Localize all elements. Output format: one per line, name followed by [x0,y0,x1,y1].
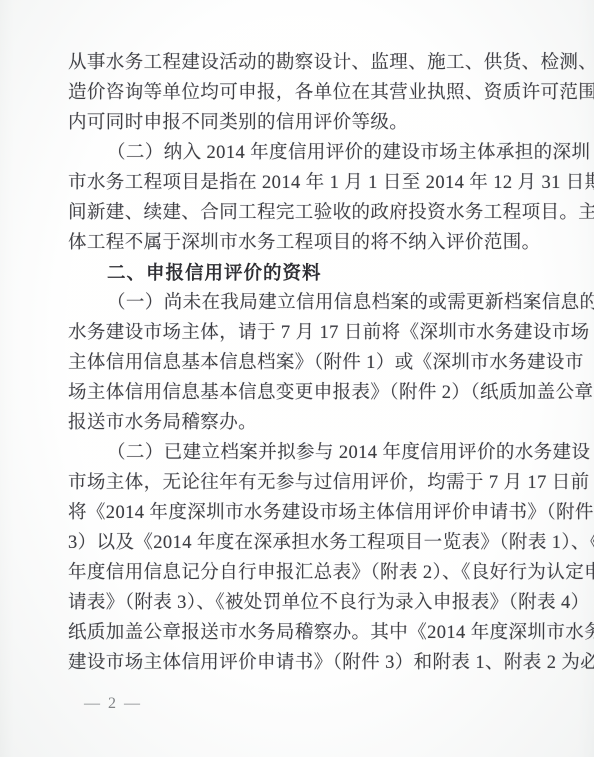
text-line: 市场主体，无论往年有无参与过信用评价，均需于 7 月 17 日前 [68,468,538,498]
text-line: 报送市水务局稽察办。 [68,408,538,438]
text-line: 场主体信用信息基本信息变更申报表》（附件 2）（纸质加盖公章） [68,378,538,408]
text-line: 体工程不属于深圳市水务工程项目的将不纳入评价范围。 [68,228,538,258]
document-body: 从事水务工程建设活动的勘察设计、监理、施工、供货、检测、 造价咨询等单位均可申报… [68,48,538,678]
text-line: 3）以及《2014 年度在深承担水务工程项目一览表》（附表 1）、《2014 [68,528,538,558]
text-line: 水务建设市场主体，请于 7 月 17 日前将《深圳市水务建设市场 [68,318,538,348]
text-line: 造价咨询等单位均可申报，各单位在其营业执照、资质许可范围 [68,78,538,108]
text-line: 主体信用信息基本信息档案》（附件 1）或《深圳市水务建设市 [68,348,538,378]
page-number: — 2 — [84,693,142,715]
text-line: 将《2014 年度深圳市水务建设市场主体信用评价申请书》（附件 [68,498,538,528]
text-line: 市水务工程项目是指在 2014 年 1 月 1 日至 2014 年 12 月 3… [68,168,538,198]
scanned-document-page: 从事水务工程建设活动的勘察设计、监理、施工、供货、检测、 造价咨询等单位均可申报… [0,0,594,757]
text-line: 内可同时申报不同类别的信用评价等级。 [68,108,538,138]
text-line: 从事水务工程建设活动的勘察设计、监理、施工、供货、检测、 [68,48,538,78]
text-line: 年度信用信息记分自行申报汇总表》（附表 2）、《良好行为认定申 [68,558,538,588]
text-line: 建设市场主体信用评价申请书》（附件 3）和附表 1、附表 2 为必 [68,648,538,678]
text-line: 纸质加盖公章报送市水务局稽察办。其中《2014 年度深圳市水务 [68,618,538,648]
text-line: 请表》（附表 3）、《被处罚单位不良行为录入申报表》（附表 4） [68,588,538,618]
section-heading: 二、申报信用评价的资料 [68,258,538,288]
text-line: （二）已建立档案并拟参与 2014 年度信用评价的水务建设 [68,438,538,468]
text-line: 间新建、续建、合同工程完工验收的政府投资水务工程项目。主 [68,198,538,228]
text-line: （二）纳入 2014 年度信用评价的建设市场主体承担的深圳 [68,138,538,168]
text-line: （一）尚未在我局建立信用信息档案的或需更新档案信息的 [68,288,538,318]
